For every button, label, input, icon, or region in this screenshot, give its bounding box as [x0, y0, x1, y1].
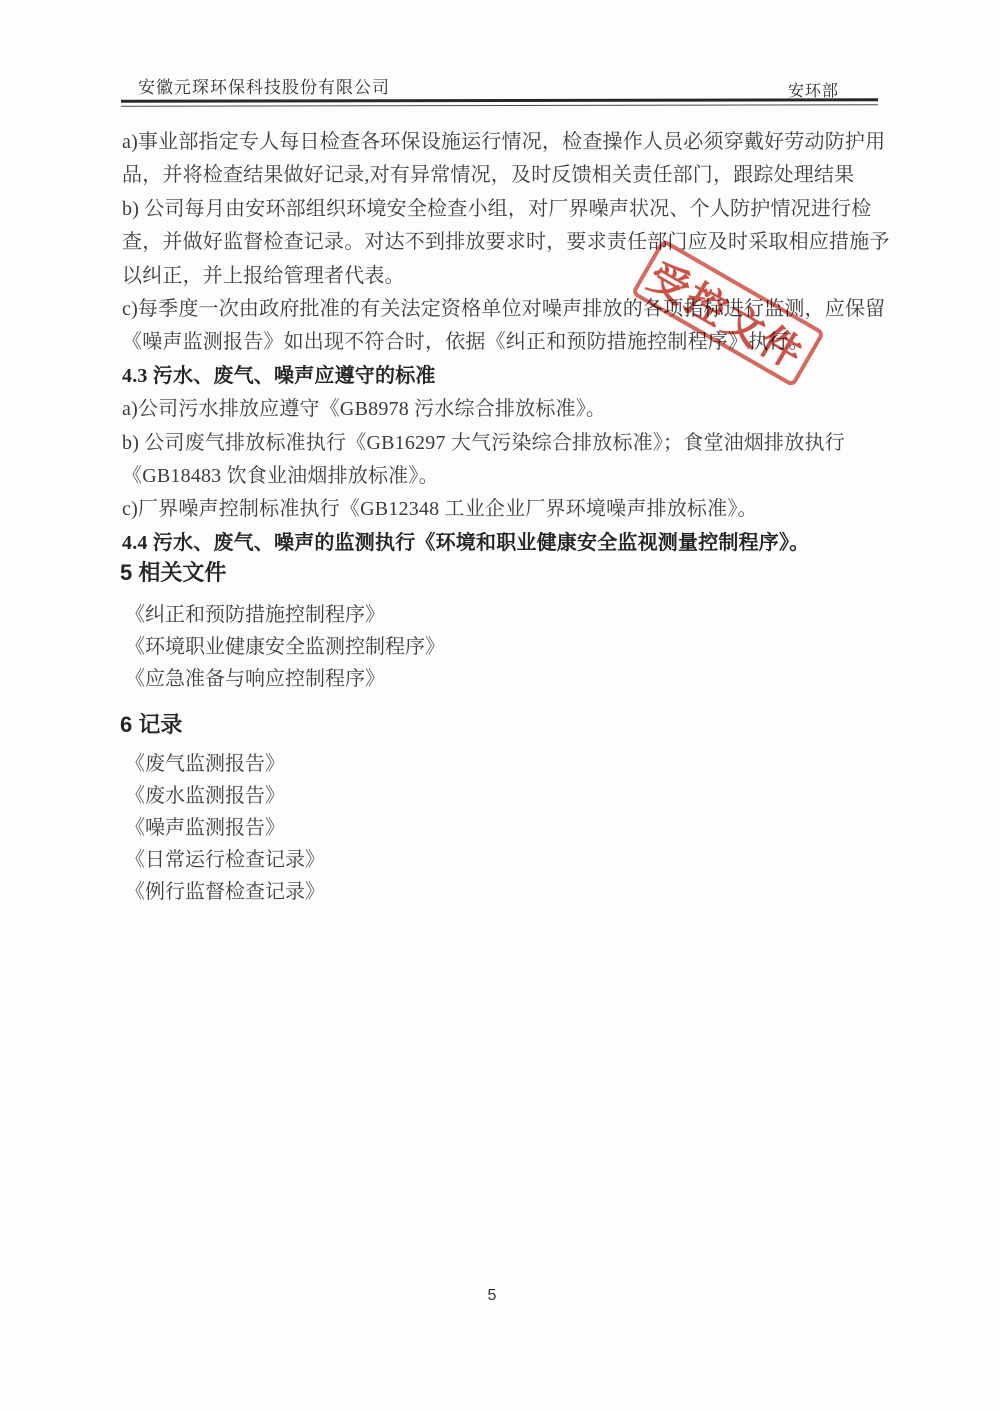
list-item: 《应急准备与响应控制程序》	[125, 663, 725, 695]
list-item: 《废气监测报告》	[125, 748, 725, 780]
text-line: 以纠正，并上报给管理者代表。	[122, 260, 894, 293]
text-line: a)公司污水排放应遵守《GB8978 污水综合排放标准》。	[122, 393, 894, 426]
list-item: 《废水监测报告》	[125, 780, 725, 812]
list-item: 《噪声监测报告》	[125, 812, 725, 844]
page-number: 5	[0, 1287, 984, 1305]
text-line: a)事业部指定专人每日检查各环保设施运行情况，检查操作人员必须穿戴好劳动防护用	[122, 126, 894, 159]
text-line: 《GB18483 饮食业油烟排放标准》。	[122, 460, 894, 493]
text-line: c)厂界噪声控制标准执行《GB12348 工业企业厂界环境噪声排放标准》。	[122, 493, 894, 526]
list-item: 《纠正和预防措施控制程序》	[125, 599, 725, 631]
related-documents-list: 《纠正和预防措施控制程序》 《环境职业健康安全监测控制程序》 《应急准备与响应控…	[125, 599, 725, 695]
text-line: 品，并将检查结果做好记录,对有异常情况，及时反馈相关责任部门，跟踪处理结果	[122, 159, 894, 192]
text-line: 查，并做好监督检查记录。对达不到排放要求时，要求责任部门应及时采取相应措施予	[122, 226, 894, 259]
list-item: 《例行监督检查记录》	[125, 876, 725, 908]
list-item: 《日常运行检查记录》	[125, 844, 725, 876]
list-item: 《环境职业健康安全监测控制程序》	[125, 631, 725, 663]
section-heading-5: 5 相关文件	[120, 556, 226, 587]
section-heading-6: 6 记录	[120, 708, 182, 739]
header-divider	[121, 98, 878, 107]
records-list: 《废气监测报告》 《废水监测报告》 《噪声监测报告》 《日常运行检查记录》 《例…	[125, 748, 725, 908]
text-line: b) 公司每月由安环部组织环境安全检查小组，对厂界噪声状况、个人防护情况进行检	[122, 193, 894, 226]
section-heading-4-4: 4.4 污水、废气、噪声的监测执行《环境和职业健康安全监视测量控制程序》。	[122, 527, 894, 560]
text-line: b) 公司废气排放标准执行《GB16297 大气污染综合排放标准》；食堂油烟排放…	[122, 427, 894, 460]
header-company-name: 安徽元琛环保科技股份有限公司	[138, 73, 390, 98]
document-page: 安徽元琛环保科技股份有限公司 安环部 a)事业部指定专人每日检查各环保设施运行情…	[0, 0, 1000, 1413]
